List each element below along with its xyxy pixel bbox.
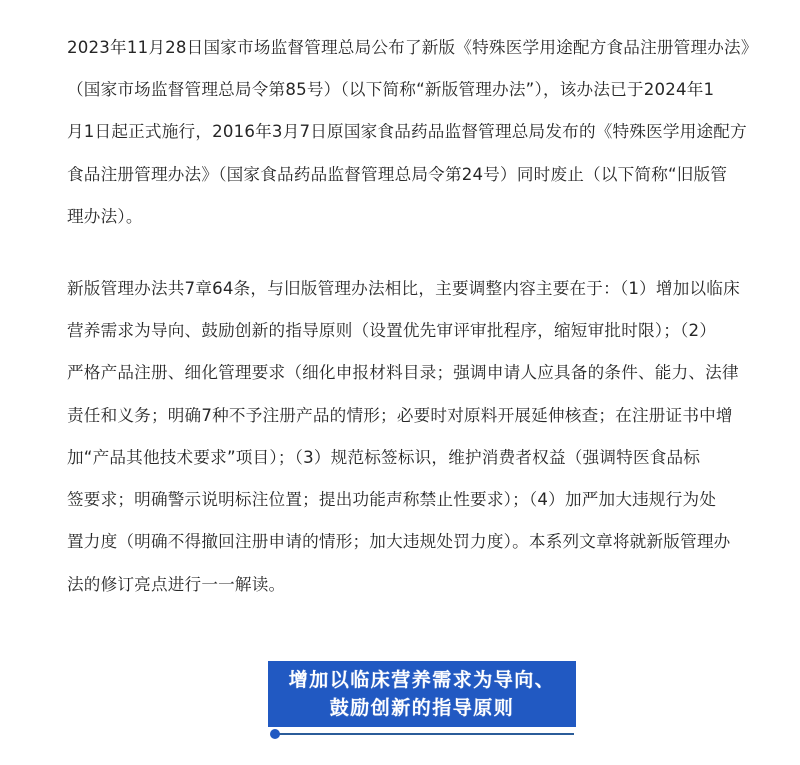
text-line: 严格产品注册、细化管理要求（细化申报材料目录；强调申请人应具备的条件、能力、法律 (67, 363, 739, 383)
text-line: 置力度（明确不得撤回注册申请的情形；加大违规处罚力度）。本系列文章将就新版管理办 (67, 532, 730, 552)
section-heading-banner: 增加以临床营养需求为导向、 鼓励创新的指导原则 (268, 661, 576, 727)
section-heading-line-2: 鼓励创新的指导原则 (330, 694, 515, 722)
text-line: 食品注册管理办法》（国家食品药品监督管理总局令第24号）同时废止（以下简称“旧版… (67, 165, 727, 185)
text-line: 2023年11月28日国家市场监督管理总局公布了新版《特殊医学用途配方食品注册管… (67, 38, 758, 58)
heading-divider-line (276, 733, 574, 735)
section-heading-line-1: 增加以临床营养需求为导向、 (289, 666, 556, 694)
text-line: 责任和义务；明确7种不予注册产品的情形；必要时对原料开展延伸核查；在注册证书中增 (67, 406, 733, 426)
text-line: 加“产品其他技术要求”项目）；（3）规范标签标识，维护消费者权益（强调特医食品标 (67, 448, 700, 468)
text-line: 营养需求为导向、鼓励创新的指导原则（设置优先审评审批程序，缩短审批时限）；（2） (67, 321, 716, 341)
text-line: 法的修订亮点进行一一解读。 (67, 575, 285, 595)
divider-dot-icon (270, 729, 280, 739)
text-line: 理办法）。 (67, 207, 143, 227)
text-line: 签要求；明确警示说明标注位置；提出功能声称禁止性要求）；（4）加严加大违规行为处 (67, 490, 716, 510)
text-line: 新版管理办法共7章64条，与旧版管理办法相比，主要调整内容主要在于：（1）增加以… (67, 279, 740, 299)
text-line: 月1日起正式施行，2016年3月7日原国家食品药品监督管理总局发布的《特殊医学用… (67, 122, 747, 142)
text-line: （国家市场监督管理总局令第85号）（以下简称“新版管理办法”），该办法已于202… (67, 80, 714, 100)
